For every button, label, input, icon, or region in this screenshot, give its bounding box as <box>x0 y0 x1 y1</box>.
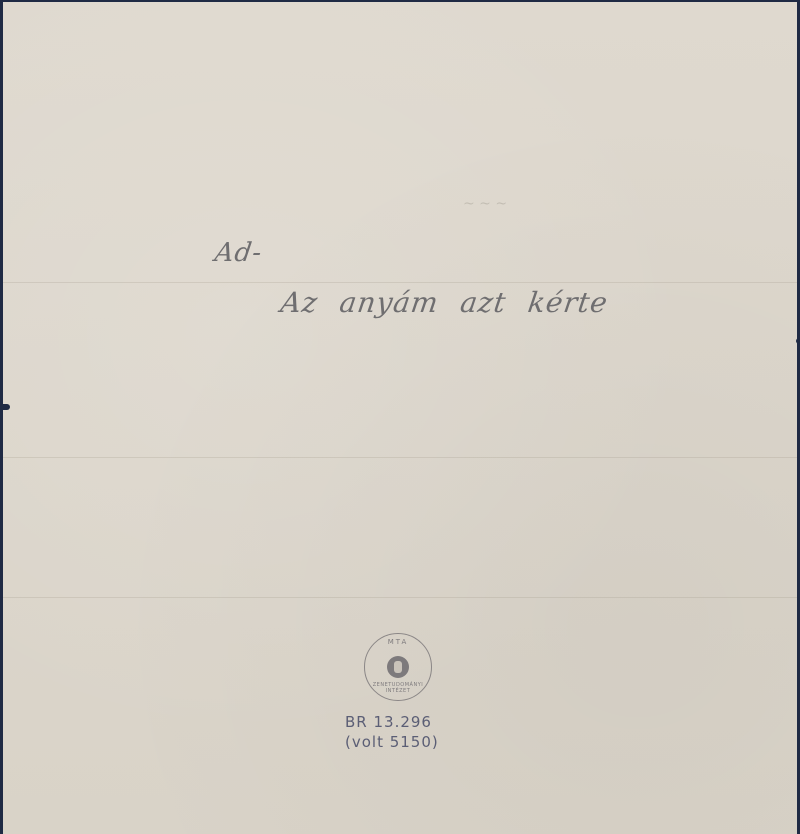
shelfmark-number: BR 13.296 <box>345 712 439 732</box>
document-page: ~ ~ ~ Ad- Az anyám azt kérte MTA ZENETUD… <box>3 2 797 834</box>
shelfmark-former: (volt 5150) <box>345 732 439 752</box>
paper-crease <box>3 597 797 598</box>
stamp-ring-text: ZENETUDOMÁNYI INTÉZET <box>365 682 431 694</box>
handwritten-heading: Ad- <box>213 238 264 268</box>
library-stamp: MTA ZENETUDOMÁNYI INTÉZET <box>364 633 432 701</box>
paper-tear-left <box>0 404 10 410</box>
paper-crease <box>3 457 797 458</box>
shelfmark: BR 13.296 (volt 5150) <box>345 712 439 752</box>
paper-crease <box>3 282 797 283</box>
stamp-emblem-icon <box>387 656 409 678</box>
stamp-top-text: MTA <box>365 638 431 646</box>
paper-tear-right <box>796 338 800 344</box>
handwritten-title: Az anyám azt kérte <box>279 286 611 319</box>
bleed-through-text: ~ ~ ~ <box>463 196 507 212</box>
